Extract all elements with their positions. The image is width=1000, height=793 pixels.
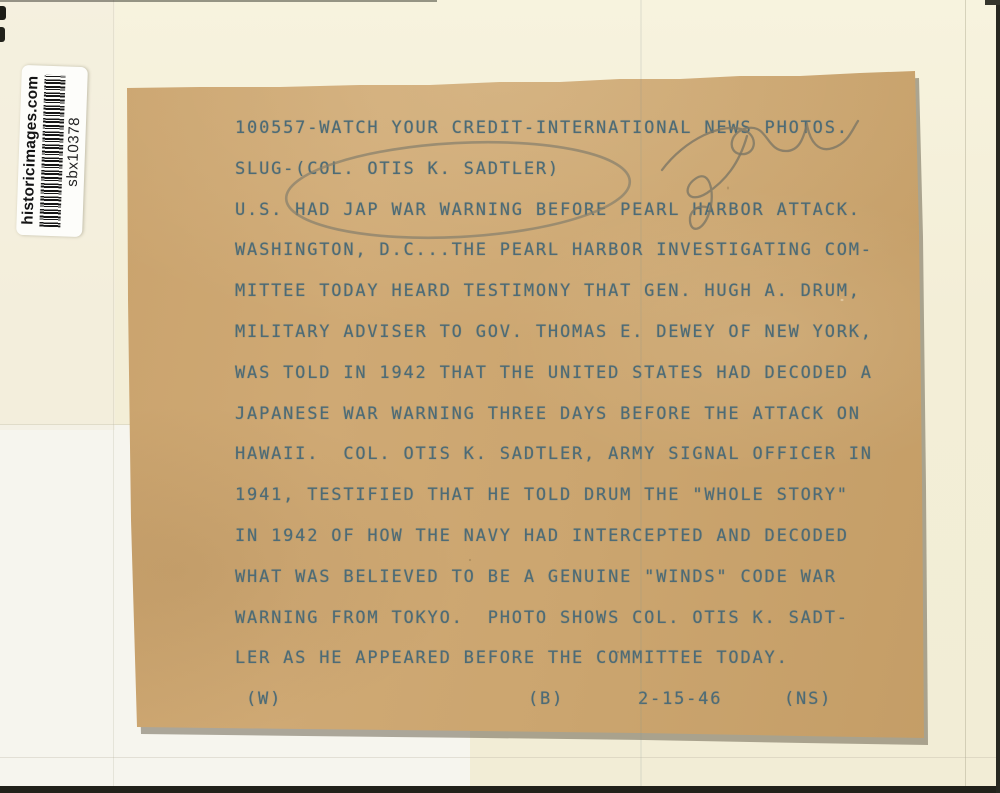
pencil-annotations bbox=[0, 0, 1000, 793]
archive-site-label: historicimages.com bbox=[19, 75, 41, 225]
barcode bbox=[39, 75, 65, 228]
archive-id-label: sbx10378 bbox=[65, 117, 83, 187]
pencil-signature bbox=[662, 121, 858, 170]
scan-artifact-line bbox=[0, 757, 996, 758]
pencil-signature-descender bbox=[688, 136, 747, 229]
scan-edge-corner bbox=[985, 0, 1000, 5]
slug-circle-pencil-mark bbox=[284, 134, 632, 246]
scan-edge-mark bbox=[0, 6, 6, 20]
scan-artifact-line bbox=[965, 0, 966, 793]
scan-edge-mark bbox=[0, 27, 5, 42]
scanned-photo-back: 100557-WATCH YOUR CREDIT-INTERNATIONAL N… bbox=[0, 0, 1000, 793]
scan-artifact-line bbox=[113, 0, 114, 793]
archive-sticker: historicimages.com sbx10378 bbox=[16, 65, 88, 237]
scan-edge-bottom bbox=[0, 786, 1000, 793]
scan-edge-right bbox=[996, 0, 1000, 793]
scan-artifact-line bbox=[640, 0, 642, 793]
scan-edge-top bbox=[0, 0, 437, 2]
